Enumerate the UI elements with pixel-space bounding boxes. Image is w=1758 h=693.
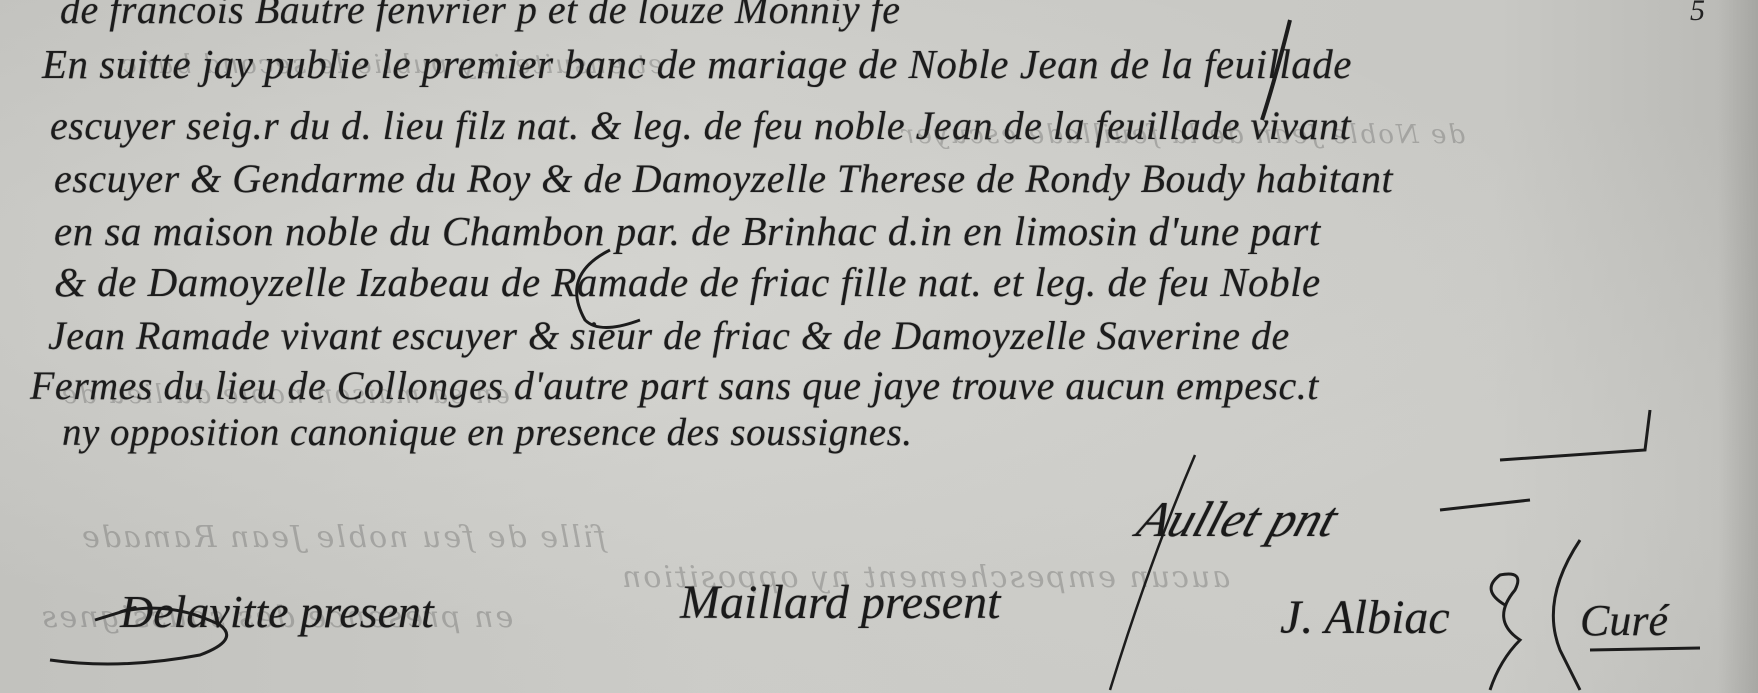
signature-maillard: Maillard present xyxy=(680,575,1000,630)
signature-cure: Curé xyxy=(1580,595,1668,646)
page-edge-shadow xyxy=(1718,0,1758,693)
signature-albiac: J. Albiac xyxy=(1280,590,1450,645)
signature-delavitte: Delavitte present xyxy=(120,585,434,638)
document-page: et ensuite jay publie le second banc de … xyxy=(0,0,1758,693)
signature-aullet: Aullet pnt xyxy=(1131,490,1346,548)
